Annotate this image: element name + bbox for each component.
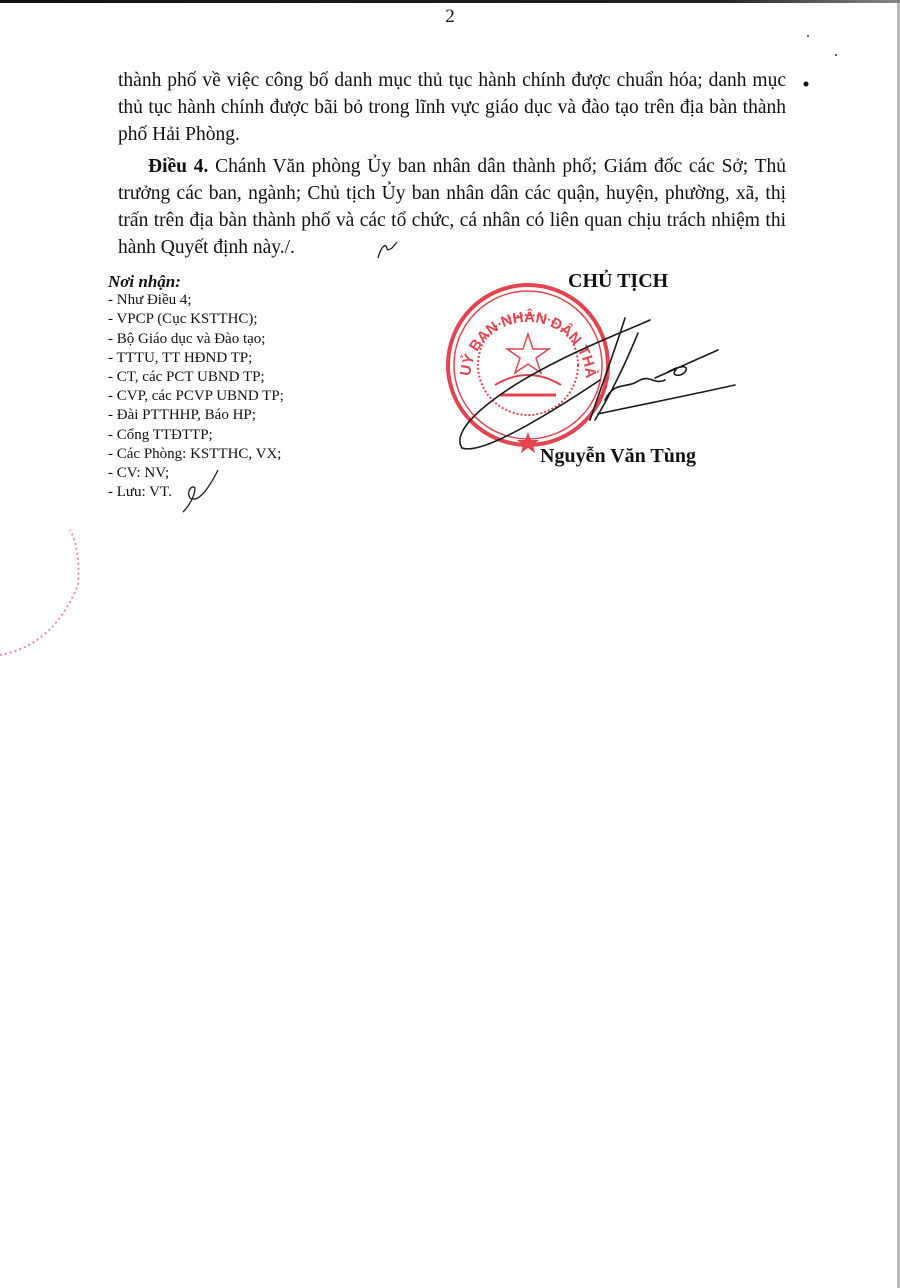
faint-seal-fragment xyxy=(0,530,79,655)
signatory-title: CHỦ TỊCH xyxy=(568,270,668,293)
initials-mark xyxy=(378,242,397,258)
initials-mark xyxy=(183,470,218,512)
seal-text: UỶ BAN NHÂN DÂN THÀNH PHỐ HẢI PHÒNG xyxy=(0,0,599,379)
svg-text:UỶ BAN NHÂN DÂN THÀNH PHỐ HẢI: UỶ BAN NHÂN DÂN THÀNH PHỐ HẢI PHÒNG xyxy=(0,0,599,379)
official-seal-icon: UỶ BAN NHÂN DÂN THÀNH PHỐ HẢI PHÒNG xyxy=(0,0,608,453)
seal-and-signature-layer: UỶ BAN NHÂN DÂN THÀNH PHỐ HẢI PHÒNG xyxy=(0,0,900,1288)
signatory-name: Nguyễn Văn Tùng xyxy=(540,445,696,468)
